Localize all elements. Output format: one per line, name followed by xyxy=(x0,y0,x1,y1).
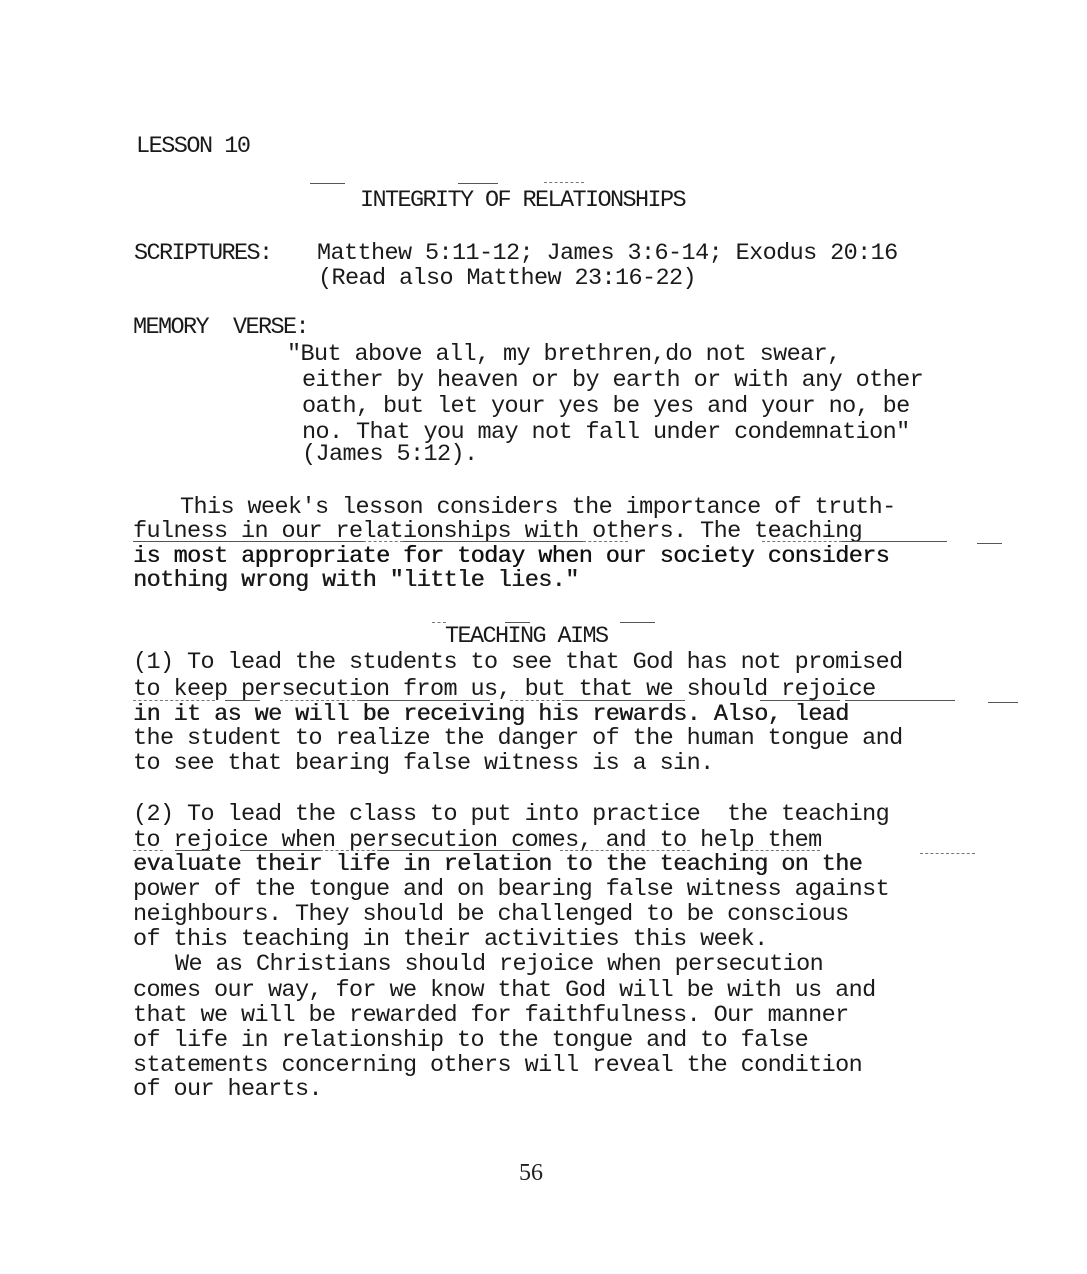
lesson-label: LESSON 10 xyxy=(136,134,249,160)
intro-underline xyxy=(403,541,583,542)
aim-2-line: of this teaching in their activities thi… xyxy=(133,927,768,953)
closing-line: comes our way, for we know that God will… xyxy=(133,978,876,1004)
title-overline-mark xyxy=(544,182,584,184)
aim-1-line: to see that bearing false witness is a s… xyxy=(133,751,714,777)
aim-2-line: neighbours. They should be challenged to… xyxy=(133,902,849,928)
closing-line: of life in relationship to the tongue an… xyxy=(133,1028,808,1054)
aim-1-underline xyxy=(845,700,955,701)
title-overline-mark xyxy=(310,183,345,184)
title-overline-mark xyxy=(458,183,498,184)
closing-line: that we will be rewarded for faithfulnes… xyxy=(133,1003,849,1029)
teaching-aims-heading: TEACHING AIMS xyxy=(445,624,608,650)
memory-verse-line: "But above all, my brethren,do not swear… xyxy=(287,342,841,368)
memory-verse-label: MEMORY VERSE: xyxy=(133,315,308,341)
page-number: 56 xyxy=(519,1160,543,1187)
aim-1-line: (1) To lead the students to see that God… xyxy=(133,650,903,676)
aims-overline-mark xyxy=(432,622,446,624)
intro-underline xyxy=(133,541,363,542)
memory-verse-line: either by heaven or by earth or with any… xyxy=(302,368,923,394)
intro-underline xyxy=(842,541,947,542)
margin-mark xyxy=(977,543,1002,544)
margin-mark xyxy=(988,702,1018,703)
closing-line: of our hearts. xyxy=(133,1077,322,1103)
aim-2-line: (2) To lead the class to put into practi… xyxy=(133,802,889,828)
page-title: INTEGRITY OF RELATIONSHIPS xyxy=(360,188,685,214)
memory-verse-line: oath, but let your yes be yes and your n… xyxy=(302,394,910,420)
memory-verse-line: (James 5:12). xyxy=(302,442,478,468)
scriptures-line-1: Matthew 5:11-12; James 3:6-14; Exodus 20… xyxy=(317,241,898,267)
scriptures-label: SCRIPTURES: xyxy=(134,241,272,267)
scriptures-line-2: (Read also Matthew 23:16-22) xyxy=(318,266,696,292)
aims-overline-mark xyxy=(620,622,655,623)
aim-2-line: evaluate their life in relation to the t… xyxy=(133,852,862,878)
aim-2-line: power of the tongue and on bearing false… xyxy=(133,877,889,903)
document-page: LESSON 10 INTEGRITY OF RELATIONSHIPS SCR… xyxy=(0,0,1087,1274)
aim-1-line: the student to realize the danger of the… xyxy=(133,726,903,752)
closing-line: We as Christians should rejoice when per… xyxy=(175,952,823,978)
margin-mark xyxy=(920,853,975,855)
intro-line: nothing wrong with "little lies." xyxy=(133,568,579,594)
